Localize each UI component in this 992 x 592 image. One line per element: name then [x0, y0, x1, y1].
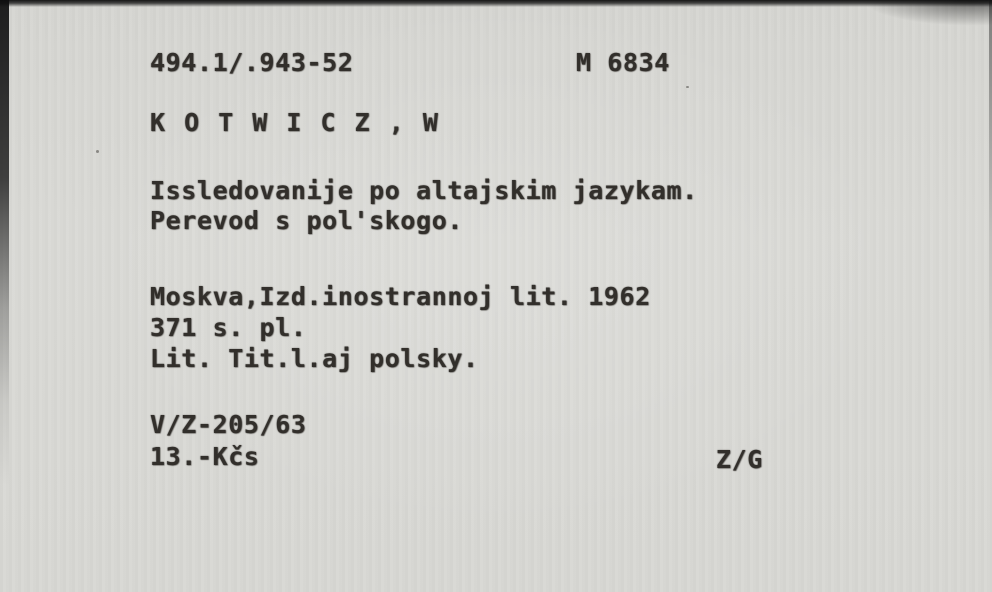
title-line: Perevod s pol'skogo. [150, 206, 463, 236]
title-line: Issledovanije po altajskim jazykam. [150, 176, 698, 206]
scan-edge-top-right [862, 0, 992, 26]
scan-speck [96, 150, 99, 153]
cataloguer-initials: Z/G [716, 445, 763, 475]
scan-edge-left [0, 0, 9, 592]
catalog-card-scan: 494.1/.943-52 M 6834 K O T W I C Z , W I… [0, 0, 992, 592]
scan-speck [686, 86, 689, 88]
imprint-line: Moskva,Izd.inostrannoj lit. 1962 [150, 282, 651, 312]
classification-number: 494.1/.943-52 [150, 48, 353, 78]
scan-edge-top [0, 0, 992, 7]
notes-line: Lit. Tit.l.aj polsky. [150, 344, 479, 374]
author-heading: K O T W I C Z , W [150, 108, 440, 138]
price: 13.-Kčs [150, 442, 260, 472]
accession-number: M 6834 [576, 48, 670, 78]
call-number: V/Z-205/63 [150, 410, 307, 440]
collation-line: 371 s. pl. [150, 313, 307, 343]
